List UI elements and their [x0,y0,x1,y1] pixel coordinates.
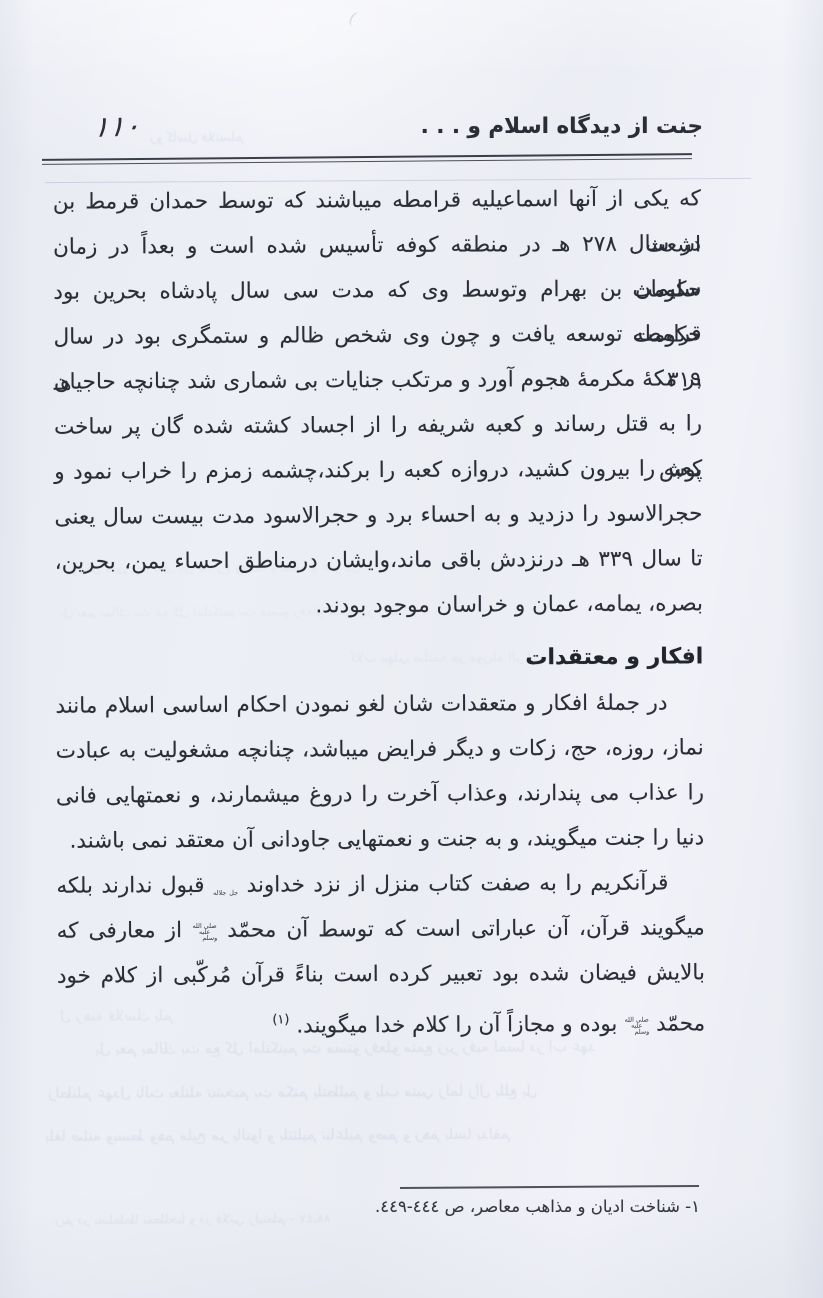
footnote-separator-rule [400,1185,699,1189]
line-text: محمّد [649,1011,705,1036]
body-line: بر مکهٔ مکرمهٔ هجوم آورد و مرتکب جنایات … [54,356,702,404]
body-line: را عذاب می پندارند، وعذاب آخرت را دروغ م… [56,770,704,818]
line-text: قرآنکریم را به صفت کتاب منزل از نزد خداو… [238,870,669,897]
body-text-block: که یکی از آنها اسماعیلیه قرامطه میباشند … [53,176,706,1043]
body-line: سلیمان بن بهرام وتوسط وی که مدت سی سال پ… [53,266,701,314]
scan-speck [347,10,365,30]
line-text: از معارفی که [57,918,193,944]
footnote-marker: (١) [272,1012,289,1027]
body-line: که یکی از آنها اسماعیلیه قرامطه میباشند … [53,176,701,224]
body-line: در سال ٢٧٨ هـ در منطقه کوفه تأسیس شده اس… [53,221,701,269]
body-line: دنیا را جنت میگویند، و به جنت و نعمتهایی… [56,815,704,863]
body-line: کعبه را بیرون کشید، دروازه کعبه را برکند… [54,446,702,494]
footnote-text: ١- شناخت ادیان و مذاهب معاصر، ص ٤٤٤-٤٤٩. [55,1197,700,1216]
sallallahu-alayhi-wasallam-symbol: صلى الله عليه وسلم [624,1017,649,1035]
body-line: بصره، یمامه، عمان و خراسان موجود بودند. [55,581,703,629]
body-line: میگویند قرآن، آن عباراتی است که توسط آن … [57,905,705,953]
body-line: محمّد صلى الله عليه وسلم بوده و مجازاً آ… [57,995,705,1043]
header-double-rule [42,153,692,165]
body-line: بالایش فیضان شده بود تعبیر کرده است بناء… [57,950,705,998]
jalla-jalaluhu-symbol: جل جلاله [213,890,238,896]
body-line: در جملهٔ افکار و متعقدات شان لغو نمودن ا… [55,680,703,728]
body-line: تا سال ٣٣٩ هـ درنزدش باقی ماند،وایشان در… [55,536,703,584]
section-heading: افکار و معتقدات [55,634,703,683]
bleedthrough-text: بلغا صلته وبسط وهم مليح مر بالتوا و بلتث… [45,1123,803,1145]
body-line: قرآنکریم را به صفت کتاب منزل از نزد خداو… [56,860,704,908]
line-text: بوده و مجازاً آن را کلام خدا میگویند. [289,1012,624,1039]
scanned-book-page: رو كاسل فلاتسلم و يكل بمي رت بعل كل يك ر… [0,0,823,1298]
line-text: میگویند قرآن، آن عباراتی است که توسط آن … [217,915,705,943]
body-line: قرامطه توسعه یافت و چون وی شخص ظالم و ست… [53,311,701,359]
body-line: را به قتل رساند و کعبه شریفه را از اجساد… [54,401,702,449]
body-line: نماز، روزه، حج، زکات و دیگر فرایض میباشد… [56,725,704,773]
bleedthrough-text: زلطنلم عهدل نالت بغلتله تشخيم بث مكتم بل… [48,1080,800,1102]
line-text: قبول ندارند بلکه [56,873,213,899]
body-line: حجرالاسود را دزدید و به احساء برد و حجرا… [54,491,702,539]
sallallahu-alayhi-wasallam-symbol: صلى الله عليه وسلم [192,923,217,941]
running-header-title: جنت از دیدگاه اسلام و . . . [55,114,703,139]
